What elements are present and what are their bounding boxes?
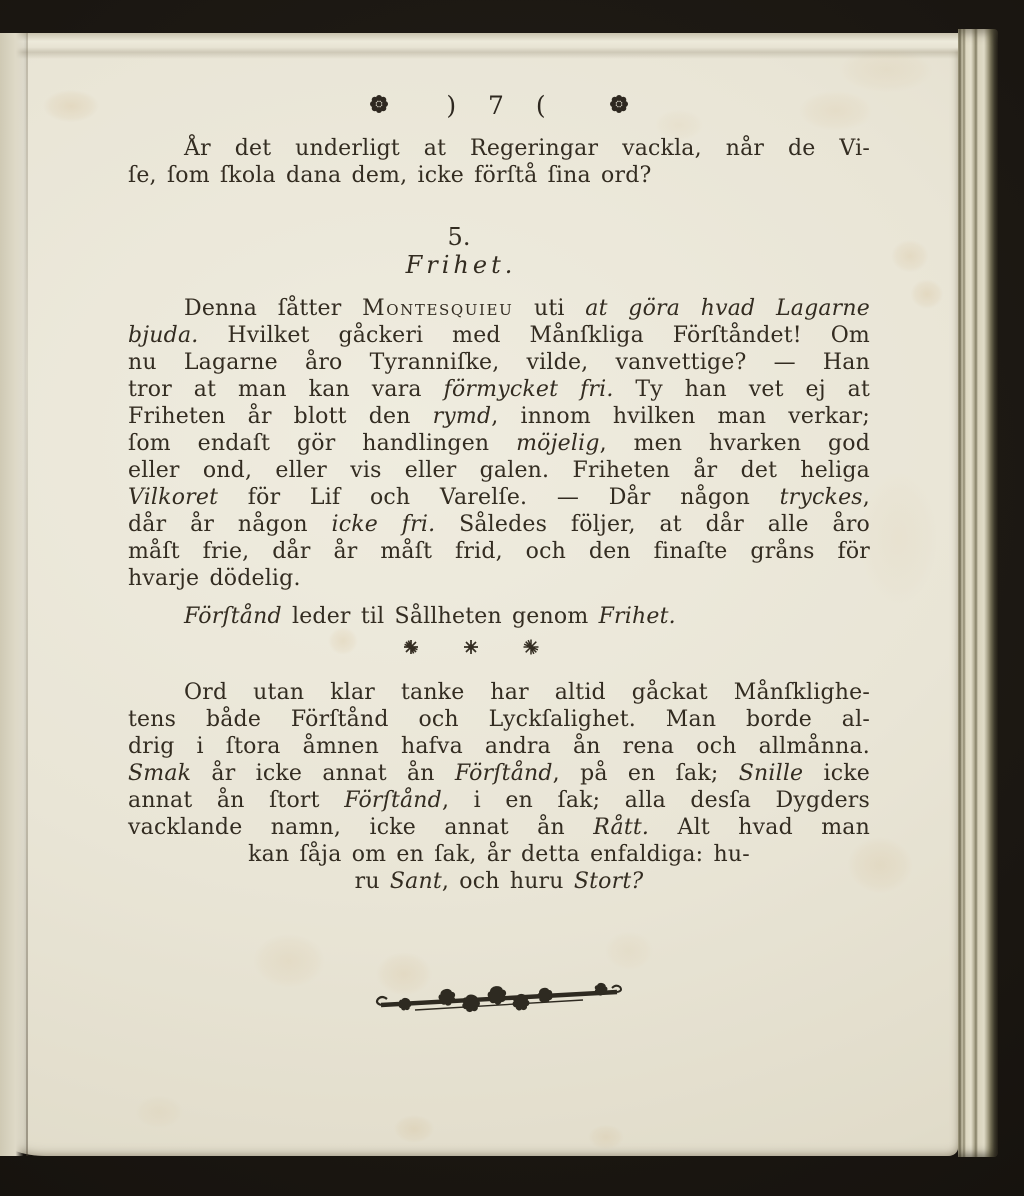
text-segment: förmycket fri. [444, 377, 614, 402]
text-line: hvarje dödelig. [128, 565, 870, 592]
text-segment: kan ſåja om en ſak, år detta enfaldiga: … [248, 842, 750, 867]
text-segment: dår år någon [128, 512, 332, 537]
text-segment: uti [513, 296, 585, 321]
text-segment: Snille [739, 761, 804, 786]
text-segment: ſom endaſt gör handlingen [128, 431, 516, 456]
text-segment: at göra hvad Lagarne [585, 296, 870, 321]
text-segment: drig i ſtora åmnen hafva andra ån rena o… [128, 734, 870, 759]
text-segment: icke [803, 761, 870, 786]
text-segment: Rått. [593, 815, 649, 840]
text-segment: nu Lagarne åro Tyranniſke, vilde, vanvet… [128, 350, 870, 375]
text-segment: Denna ſåtter [184, 296, 362, 321]
text-line: Friheten år blott den rymd, innom hvilke… [128, 403, 870, 430]
text-segment: tens både Förſtånd och Lyckſalighet. Man… [128, 707, 870, 732]
text-segment: rymd [433, 404, 492, 429]
text-line: ſom endaſt gör handlingen möjelig, men h… [128, 430, 870, 457]
text-line: ſe, ſom ſkola dana dem, icke förſtå ſina… [128, 162, 870, 189]
text-segment: bjuda. [128, 323, 198, 348]
book-page: ) 7 ( År det underligt at Regeringar vac… [0, 33, 958, 1156]
text-line: Förſtånd leder til Sållheten genom Frihe… [128, 603, 870, 630]
text-line: måſt frie, dår år måſt frid, och den fin… [128, 538, 870, 565]
stain [35, 85, 107, 127]
running-head: ) 7 ( [128, 91, 870, 120]
book-fore-edge [958, 29, 998, 1157]
text-segment: Stort? [574, 869, 644, 894]
stain [388, 1111, 440, 1147]
text-segment: , [863, 485, 870, 510]
asterisk-separator [100, 639, 842, 659]
text-segment: ſe, ſom ſkola dana dem, icke förſtå ſina… [128, 163, 651, 188]
text-line: Denna ſåtter Montesquieu uti at göra hva… [128, 295, 870, 322]
freedom-paragraph: Denna ſåtter Montesquieu uti at göra hva… [128, 295, 870, 592]
text-segment: Smak [128, 761, 191, 786]
gutter-fold-line [26, 33, 28, 1156]
text-line: eller ond, eller vis eller galen. Frihet… [128, 457, 870, 484]
text-line: dår år någon icke fri. Således följer, a… [128, 511, 870, 538]
text-segment: Friheten år blott den [128, 404, 433, 429]
text-segment: för Lif och Varelſe. — Dår någon [218, 485, 780, 510]
intro-paragraph: År det underligt at Regeringar vackla, n… [128, 135, 870, 189]
text-segment: icke fri. [332, 512, 436, 537]
text-segment: Frihet. [599, 604, 676, 629]
text-segment: Således följer, at dår alle åro [435, 512, 870, 537]
text-line: nu Lagarne åro Tyranniſke, vilde, vanvet… [128, 349, 870, 376]
section-number: 5. [88, 223, 830, 251]
text-segment: ru [355, 869, 390, 894]
text-line: kan ſåja om en ſak, år detta enfaldiga: … [128, 841, 870, 868]
text-segment: Hvilket gåckeri med Månſkliga Förſtåndet… [198, 323, 870, 348]
asterisk-ornament-icon [463, 639, 479, 659]
page-number: ) 7 ( [446, 91, 551, 120]
stain [906, 275, 948, 313]
text-segment: , men hvarken god [600, 431, 870, 456]
text-segment: annat ån ſtort [128, 788, 344, 813]
text-line: ru Sant, och huru Stort? [128, 868, 870, 895]
page-top-fold [0, 33, 958, 59]
text-line: annat ån ſtort Förſtånd, i en ſak; alla … [128, 787, 870, 814]
asterisk-ornament-icon [523, 639, 539, 659]
text-segment: eller ond, eller vis eller galen. Frihet… [128, 458, 870, 483]
text-line: tror at man kan vara förmycket fri. Ty h… [128, 376, 870, 403]
asterisk-ornament-icon [403, 639, 419, 659]
text-segment: tror at man kan vara [128, 377, 444, 402]
text-segment: möjelig [516, 431, 600, 456]
text-segment: tryckes [780, 485, 863, 510]
text-line: Ord utan klar tanke har altid gåckat Mån… [128, 679, 870, 706]
stain [598, 926, 660, 976]
closing-paragraph: Ord utan klar tanke har altid gåckat Mån… [128, 679, 870, 895]
text-segment: , i en ſak; alla desſa Dygders [442, 788, 870, 813]
floral-rosette-icon [608, 93, 630, 119]
text-segment: Förſtånd [344, 788, 442, 813]
tailpiece-vine-rule-icon [128, 975, 870, 1027]
understanding-line: Förſtånd leder til Sållheten genom Frihe… [128, 603, 870, 630]
text-segment: , på en ſak; [553, 761, 739, 786]
text-line: drig i ſtora åmnen hafva andra ån rena o… [128, 733, 870, 760]
text-segment: måſt frie, dår år måſt frid, och den fin… [128, 539, 870, 564]
text-segment: vacklande namn, icke annat ån [128, 815, 593, 840]
text-segment: Montesquieu [362, 296, 513, 321]
text-segment: , innom hvilken man verkar; [491, 404, 870, 429]
stain [583, 1121, 629, 1153]
text-segment: Vilkoret [128, 485, 218, 510]
text-segment: Ty han vet ej at [614, 377, 870, 402]
text-segment: Ord utan klar tanke har altid gåckat Mån… [184, 680, 870, 705]
text-segment: Förſtånd [455, 761, 553, 786]
text-line: tens både Förſtånd och Lyckſalighet. Man… [128, 706, 870, 733]
text-line: vacklande namn, icke annat ån Rått. Alt … [128, 814, 870, 841]
stain [886, 235, 934, 277]
text-segment: hvarje dödelig. [128, 566, 301, 591]
text-segment: Förſtånd [184, 604, 282, 629]
text-segment: År det underligt at Regeringar vackla, n… [184, 136, 870, 161]
page-gutter [0, 33, 26, 1156]
photo-background: ) 7 ( År det underligt at Regeringar vac… [0, 0, 1024, 1196]
text-segment: Sant [390, 869, 442, 894]
text-line: bjuda. Hvilket gåckeri med Månſkliga För… [128, 322, 870, 349]
stain [128, 1091, 190, 1133]
text-segment: år icke annat ån [191, 761, 455, 786]
text-segment: leder til Sållheten genom [282, 604, 599, 629]
text-segment: , och huru [442, 869, 574, 894]
text-line: Smak år icke annat ån Förſtånd, på en ſa… [128, 760, 870, 787]
text-line: Vilkoret för Lif och Varelſe. — Dår någo… [128, 484, 870, 511]
section-title: Frihet. [90, 251, 832, 279]
text-line: År det underligt at Regeringar vackla, n… [128, 135, 870, 162]
text-segment: Alt hvad man [649, 815, 870, 840]
floral-rosette-icon [368, 93, 390, 119]
